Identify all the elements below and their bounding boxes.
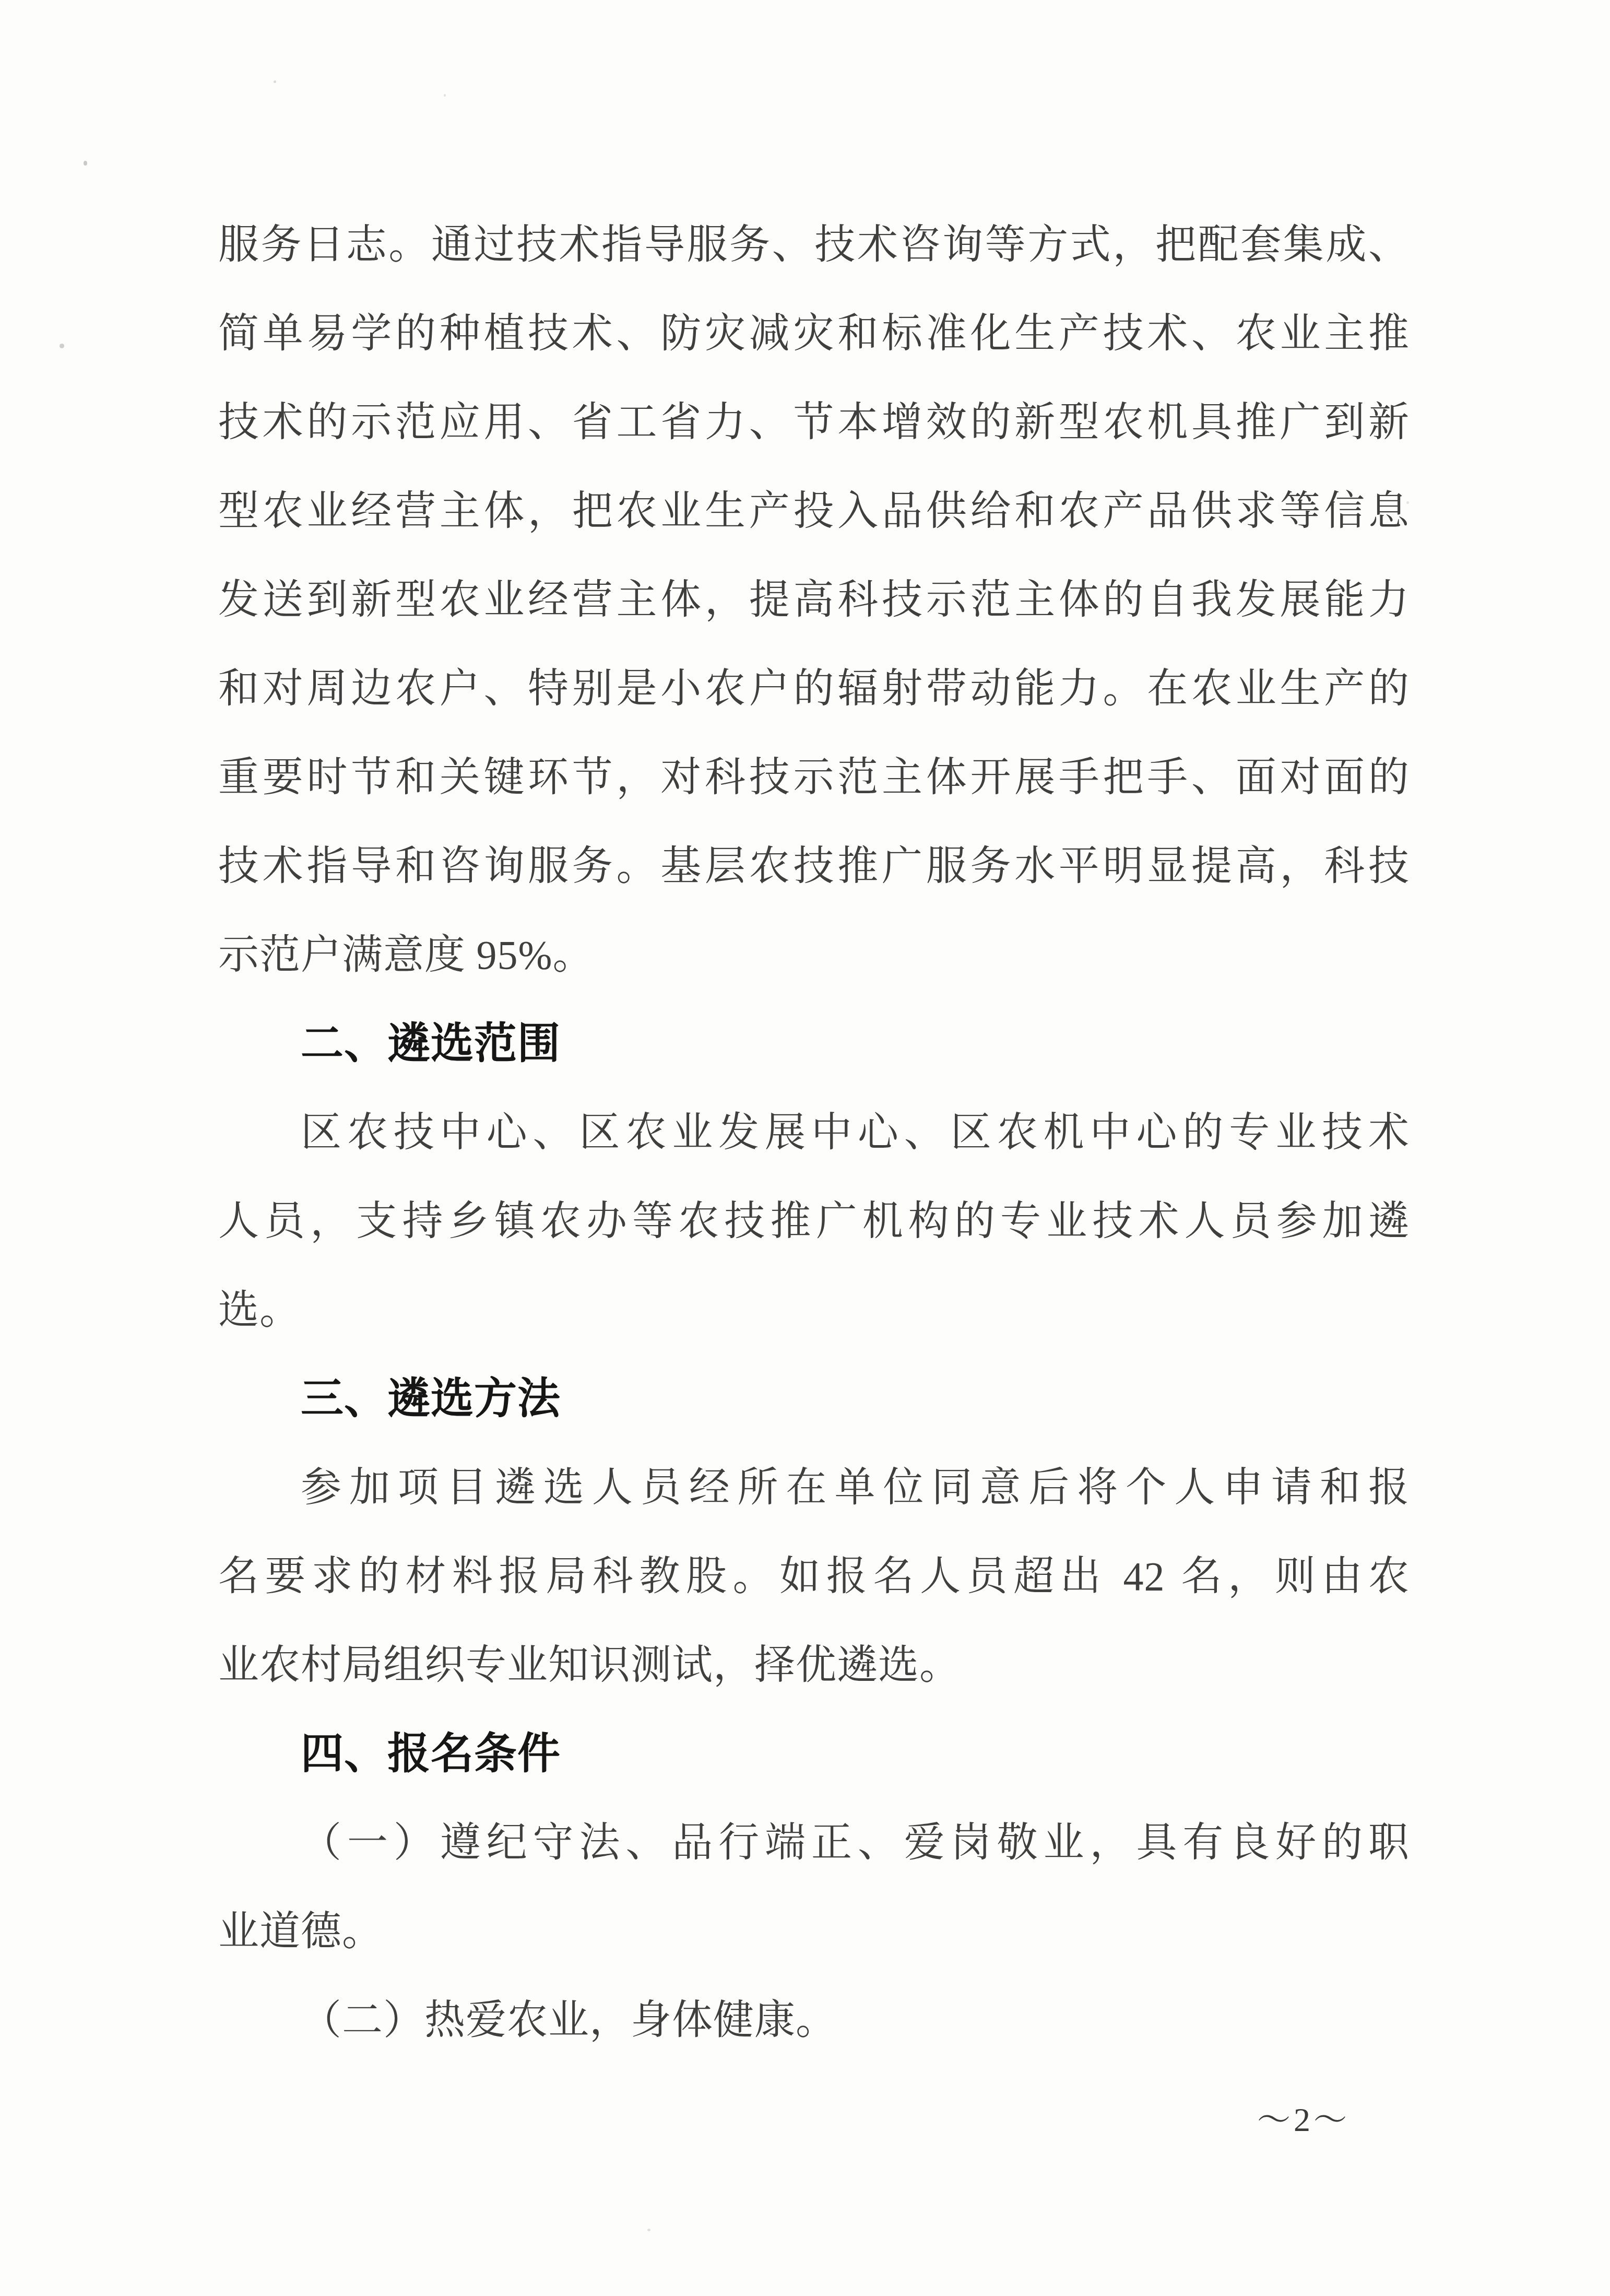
text-line: 技术指导和咨询服务。基层农技推广服务水平明显提高，科技: [218, 822, 1410, 911]
text-line: 名要求的材料报局科教股。如报名人员超出 42 名，则由农: [218, 1532, 1410, 1621]
scan-speck: [274, 80, 276, 83]
text-line: （一）遵纪守法、品行端正、爱岗敬业，具有良好的职: [218, 1798, 1410, 1887]
text-line: 和对周边农户、特别是小农户的辐射带动能力。在农业生产的: [218, 644, 1410, 733]
text-line: 示范户满意度 95%。: [218, 911, 1410, 999]
text-line: 发送到新型农业经营主体，提高科技示范主体的自我发展能力: [218, 556, 1410, 644]
text-line: 简单易学的种植技术、防灾减灾和标准化生产技术、农业主推: [218, 289, 1410, 378]
scan-speck: [84, 161, 87, 166]
text-line: 业道德。: [218, 1887, 1410, 1976]
section-heading-application-requirements: 四、报名条件: [218, 1710, 1410, 1798]
text-line: 人员，支持乡镇农办等农技推广机构的专业技术人员参加遴: [218, 1177, 1410, 1266]
text-line: 参加项目遴选人员经所在单位同意后将个人申请和报: [218, 1443, 1410, 1532]
section-heading-selection-scope: 二、遴选范围: [218, 999, 1410, 1088]
text-line: 型农业经营主体，把农业生产投入品供给和农产品供求等信息: [218, 467, 1410, 556]
text-line: （二）热爱农业，身体健康。: [218, 1976, 1410, 2065]
scan-speck: [444, 94, 446, 97]
scan-speck: [60, 344, 64, 348]
section-heading-selection-method: 三、遴选方法: [218, 1355, 1410, 1443]
text-line: 选。: [218, 1266, 1410, 1355]
scan-speck: [647, 2229, 650, 2231]
text-line: 业农村局组织专业知识测试，择优遴选。: [218, 1621, 1410, 1710]
page-number: ～2～: [1257, 2095, 1350, 2145]
text-line: 重要时节和关键环节，对科技示范主体开展手把手、面对面的: [218, 733, 1410, 822]
scanned-document-page: 服务日志。通过技术指导服务、技术咨询等方式，把配套集成、 简单易学的种植技术、防…: [0, 0, 1610, 2296]
text-line: 服务日志。通过技术指导服务、技术咨询等方式，把配套集成、: [218, 201, 1410, 289]
text-line: 技术的示范应用、省工省力、节本增效的新型农机具推广到新: [218, 378, 1410, 467]
document-body: 服务日志。通过技术指导服务、技术咨询等方式，把配套集成、 简单易学的种植技术、防…: [218, 201, 1410, 2065]
text-line: 区农技中心、区农业发展中心、区农机中心的专业技术: [218, 1088, 1410, 1177]
